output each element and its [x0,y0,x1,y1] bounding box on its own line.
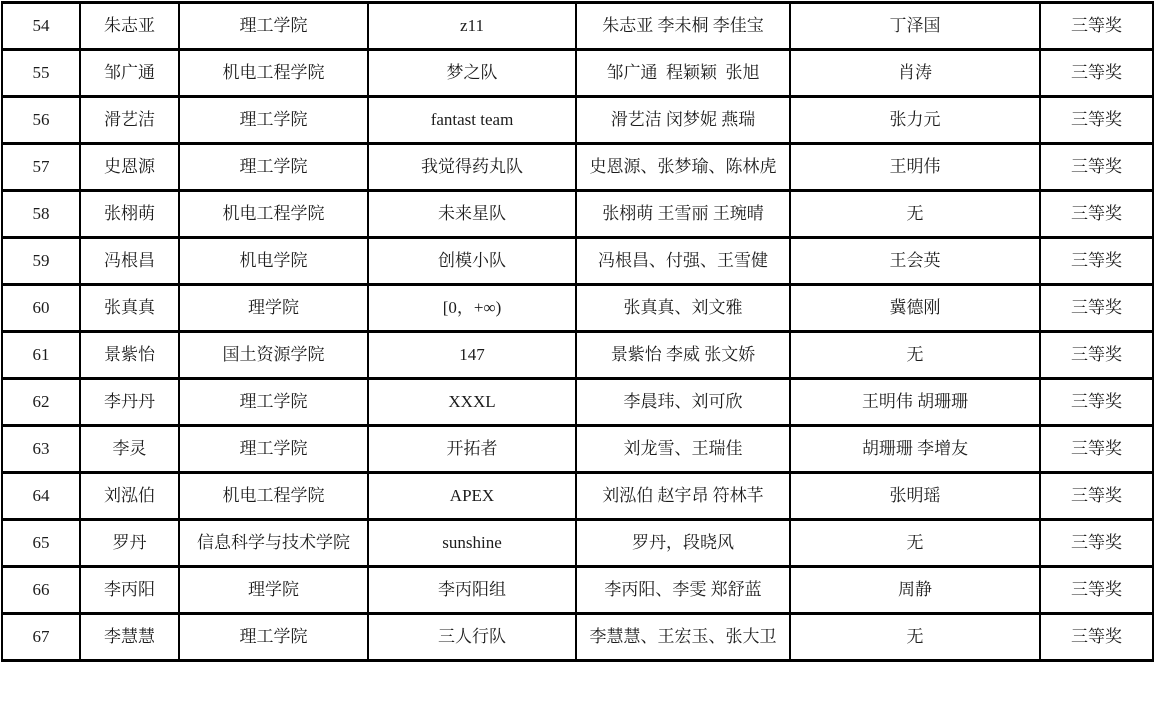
cell-number: 54 [2,3,80,50]
cell-team-name: fantast team [368,97,576,144]
cell-advisor: 无 [790,614,1040,661]
cell-award-level: 三等奖 [1040,567,1153,614]
cell-award-level: 三等奖 [1040,426,1153,473]
cell-team-members: 邹广通 程颖颖 张旭 [576,50,790,97]
cell-team-members: 刘龙雪、王瑞佳 [576,426,790,473]
cell-number: 55 [2,50,80,97]
cell-team-members: 罗丹，段晓风 [576,520,790,567]
cell-team-name: [0，+∞) [368,285,576,332]
cell-leader-name: 冯根昌 [80,238,179,285]
cell-team-name: 未来星队 [368,191,576,238]
cell-leader-name: 史恩源 [80,144,179,191]
table-row: 62 李丹丹 理工学院 XXXL 李晨玮、刘可欣 王明伟 胡珊珊 三等奖 [2,379,1153,426]
cell-number: 62 [2,379,80,426]
cell-college: 机电工程学院 [179,191,368,238]
cell-award-level: 三等奖 [1040,191,1153,238]
table-row: 61 景紫怡 国土资源学院 147 景紫怡 李威 张文娇 无 三等奖 [2,332,1153,379]
table-row: 63 李灵 理工学院 开拓者 刘龙雪、王瑞佳 胡珊珊 李增友 三等奖 [2,426,1153,473]
table-row: 57 史恩源 理工学院 我觉得药丸队 史恩源、张梦瑜、陈林虎 王明伟 三等奖 [2,144,1153,191]
cell-advisor: 冀德刚 [790,285,1040,332]
cell-advisor: 无 [790,191,1040,238]
table-row: 58 张栩萌 机电工程学院 未来星队 张栩萌 王雪丽 王琬晴 无 三等奖 [2,191,1153,238]
table-row: 67 李慧慧 理工学院 三人行队 李慧慧、王宏玉、张大卫 无 三等奖 [2,614,1153,661]
cell-team-members: 朱志亚 李未桐 李佳宝 [576,3,790,50]
cell-number: 61 [2,332,80,379]
cell-advisor: 王会英 [790,238,1040,285]
cell-leader-name: 李丹丹 [80,379,179,426]
cell-award-level: 三等奖 [1040,473,1153,520]
cell-leader-name: 张栩萌 [80,191,179,238]
table-row: 59 冯根昌 机电学院 创模小队 冯根昌、付强、王雪健 王会英 三等奖 [2,238,1153,285]
cell-team-members: 李丙阳、李雯 郑舒蓝 [576,567,790,614]
cell-award-level: 三等奖 [1040,50,1153,97]
awards-table: 54 朱志亚 理工学院 z11 朱志亚 李未桐 李佳宝 丁泽国 三等奖 55 邹… [1,1,1154,662]
cell-award-level: 三等奖 [1040,285,1153,332]
cell-advisor: 无 [790,520,1040,567]
cell-award-level: 三等奖 [1040,3,1153,50]
cell-leader-name: 滑艺洁 [80,97,179,144]
cell-advisor: 王明伟 [790,144,1040,191]
cell-college: 理工学院 [179,97,368,144]
cell-leader-name: 李丙阳 [80,567,179,614]
cell-college: 机电工程学院 [179,473,368,520]
cell-college: 理工学院 [179,614,368,661]
cell-number: 59 [2,238,80,285]
cell-number: 57 [2,144,80,191]
cell-team-members: 张栩萌 王雪丽 王琬晴 [576,191,790,238]
table-row: 60 张真真 理学院 [0，+∞) 张真真、刘文雅 冀德刚 三等奖 [2,285,1153,332]
table-row: 55 邹广通 机电工程学院 梦之队 邹广通 程颖颖 张旭 肖涛 三等奖 [2,50,1153,97]
table-row: 65 罗丹 信息科学与技术学院 sunshine 罗丹，段晓风 无 三等奖 [2,520,1153,567]
cell-advisor: 张力元 [790,97,1040,144]
cell-award-level: 三等奖 [1040,144,1153,191]
cell-award-level: 三等奖 [1040,97,1153,144]
cell-team-members: 史恩源、张梦瑜、陈林虎 [576,144,790,191]
table-row: 54 朱志亚 理工学院 z11 朱志亚 李未桐 李佳宝 丁泽国 三等奖 [2,3,1153,50]
cell-team-name: 三人行队 [368,614,576,661]
cell-college: 机电学院 [179,238,368,285]
cell-leader-name: 罗丹 [80,520,179,567]
cell-team-members: 张真真、刘文雅 [576,285,790,332]
cell-college: 理学院 [179,567,368,614]
cell-leader-name: 李慧慧 [80,614,179,661]
cell-award-level: 三等奖 [1040,520,1153,567]
document-page: 54 朱志亚 理工学院 z11 朱志亚 李未桐 李佳宝 丁泽国 三等奖 55 邹… [0,0,1155,708]
cell-number: 64 [2,473,80,520]
cell-advisor: 丁泽国 [790,3,1040,50]
cell-team-name: APEX [368,473,576,520]
cell-team-name: 李丙阳组 [368,567,576,614]
cell-college: 理工学院 [179,144,368,191]
cell-number: 63 [2,426,80,473]
cell-leader-name: 刘泓伯 [80,473,179,520]
cell-advisor: 王明伟 胡珊珊 [790,379,1040,426]
cell-college: 理工学院 [179,379,368,426]
cell-leader-name: 景紫怡 [80,332,179,379]
cell-advisor: 周静 [790,567,1040,614]
cell-number: 60 [2,285,80,332]
cell-advisor: 胡珊珊 李增友 [790,426,1040,473]
cell-college: 机电工程学院 [179,50,368,97]
cell-number: 58 [2,191,80,238]
cell-team-members: 冯根昌、付强、王雪健 [576,238,790,285]
cell-number: 65 [2,520,80,567]
cell-team-name: z11 [368,3,576,50]
cell-award-level: 三等奖 [1040,614,1153,661]
cell-team-members: 刘泓伯 赵宇昂 符林芊 [576,473,790,520]
cell-college: 理学院 [179,285,368,332]
cell-team-name: 开拓者 [368,426,576,473]
table-row: 66 李丙阳 理学院 李丙阳组 李丙阳、李雯 郑舒蓝 周静 三等奖 [2,567,1153,614]
cell-team-name: 梦之队 [368,50,576,97]
cell-college: 国土资源学院 [179,332,368,379]
awards-table-body: 54 朱志亚 理工学院 z11 朱志亚 李未桐 李佳宝 丁泽国 三等奖 55 邹… [2,3,1153,661]
cell-advisor: 肖涛 [790,50,1040,97]
cell-team-name: 147 [368,332,576,379]
cell-college: 信息科学与技术学院 [179,520,368,567]
cell-leader-name: 李灵 [80,426,179,473]
cell-number: 67 [2,614,80,661]
table-row: 64 刘泓伯 机电工程学院 APEX 刘泓伯 赵宇昂 符林芊 张明瑶 三等奖 [2,473,1153,520]
cell-award-level: 三等奖 [1040,332,1153,379]
cell-team-members: 景紫怡 李威 张文娇 [576,332,790,379]
cell-advisor: 无 [790,332,1040,379]
cell-team-name: sunshine [368,520,576,567]
table-row: 56 滑艺洁 理工学院 fantast team 滑艺洁 闵梦妮 燕瑞 张力元 … [2,97,1153,144]
cell-leader-name: 邹广通 [80,50,179,97]
cell-team-members: 李慧慧、王宏玉、张大卫 [576,614,790,661]
cell-college: 理工学院 [179,3,368,50]
cell-advisor: 张明瑶 [790,473,1040,520]
cell-award-level: 三等奖 [1040,379,1153,426]
cell-number: 56 [2,97,80,144]
cell-leader-name: 张真真 [80,285,179,332]
cell-team-name: XXXL [368,379,576,426]
cell-leader-name: 朱志亚 [80,3,179,50]
cell-team-name: 创模小队 [368,238,576,285]
cell-number: 66 [2,567,80,614]
cell-college: 理工学院 [179,426,368,473]
cell-team-name: 我觉得药丸队 [368,144,576,191]
cell-team-members: 李晨玮、刘可欣 [576,379,790,426]
cell-award-level: 三等奖 [1040,238,1153,285]
cell-team-members: 滑艺洁 闵梦妮 燕瑞 [576,97,790,144]
